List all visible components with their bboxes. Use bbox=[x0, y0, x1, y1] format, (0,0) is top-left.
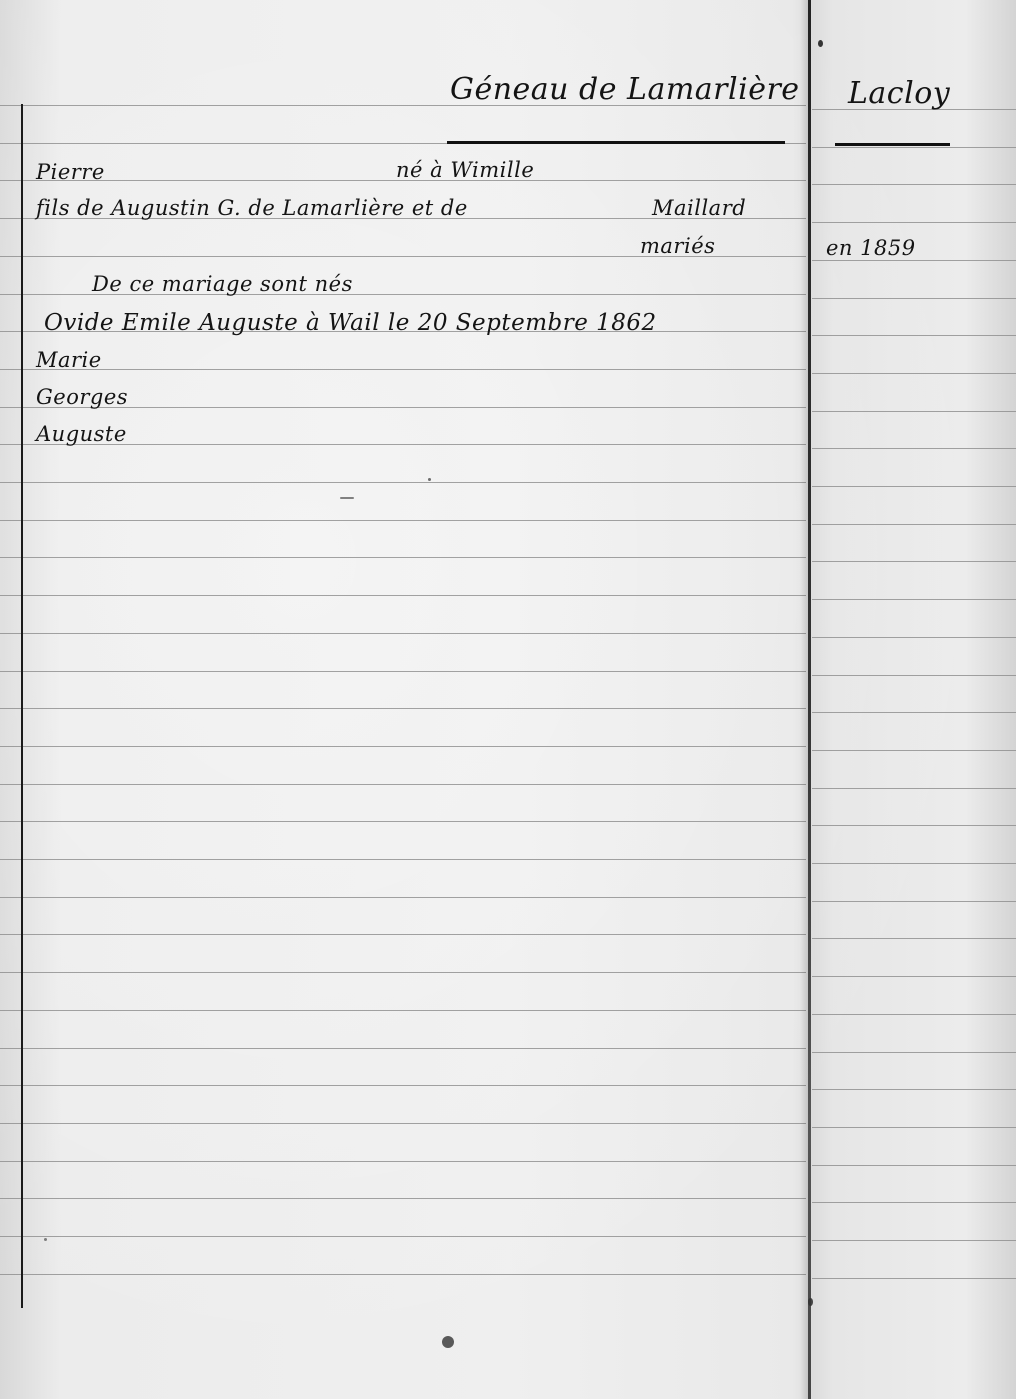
ruled-line bbox=[0, 1274, 806, 1275]
ruled-line bbox=[0, 557, 806, 558]
ruled-line bbox=[0, 1161, 806, 1162]
ruled-line bbox=[812, 335, 1016, 336]
ruled-line bbox=[812, 260, 1016, 261]
register-page: Géneau de Lamarlière Lacloy Pierre né à … bbox=[0, 0, 1016, 1399]
ruled-line bbox=[812, 448, 1016, 449]
ruled-line bbox=[812, 712, 1016, 713]
ruled-line bbox=[0, 821, 806, 822]
entry-child-4: Auguste bbox=[36, 422, 127, 446]
ruled-line bbox=[0, 708, 806, 709]
entry-child-3: Georges bbox=[36, 385, 128, 409]
entry-married: mariés bbox=[640, 234, 715, 258]
ruled-line bbox=[812, 788, 1016, 789]
left-margin-line bbox=[21, 104, 23, 1308]
column-divider bbox=[808, 0, 811, 1399]
ruled-line bbox=[812, 298, 1016, 299]
ruled-line bbox=[812, 675, 1016, 676]
ruled-line bbox=[0, 1085, 806, 1086]
ruled-line bbox=[0, 1010, 806, 1011]
page-fold-shadow bbox=[800, 0, 808, 1399]
ruled-line bbox=[0, 897, 806, 898]
main-title-underline bbox=[447, 141, 785, 144]
ruled-line bbox=[0, 1048, 806, 1049]
ruled-line bbox=[812, 637, 1016, 638]
ruled-line bbox=[812, 524, 1016, 525]
ruled-line bbox=[812, 411, 1016, 412]
ink-speck bbox=[808, 1298, 813, 1306]
entry-child-2: Marie bbox=[36, 348, 102, 372]
ruled-line bbox=[812, 1014, 1016, 1015]
entry-children-intro: De ce mariage sont nés bbox=[92, 272, 353, 296]
ruled-line bbox=[812, 976, 1016, 977]
ruled-line bbox=[0, 369, 806, 370]
ruled-line bbox=[0, 671, 806, 672]
ink-speck bbox=[428, 478, 431, 481]
ruled-line bbox=[812, 561, 1016, 562]
ruled-line bbox=[0, 482, 806, 483]
ruled-line bbox=[0, 784, 806, 785]
ruled-line bbox=[812, 938, 1016, 939]
ruled-line bbox=[812, 1240, 1016, 1241]
ruled-line bbox=[0, 859, 806, 860]
entry-child-1: Ovide Emile Auguste à Wail le 20 Septemb… bbox=[44, 310, 657, 336]
entry-birthplace: né à Wimille bbox=[396, 158, 534, 182]
ruled-line bbox=[812, 184, 1016, 185]
entry-parents: fils de Augustin G. de Lamarlière et de bbox=[36, 196, 468, 220]
ruled-line bbox=[812, 599, 1016, 600]
ruled-line bbox=[0, 595, 806, 596]
ruled-line bbox=[812, 1202, 1016, 1203]
ruled-line bbox=[0, 633, 806, 634]
entry-marriage-year: en 1859 bbox=[826, 236, 916, 260]
ruled-line bbox=[812, 147, 1016, 148]
ruled-line bbox=[0, 934, 806, 935]
ruled-line bbox=[812, 1278, 1016, 1279]
ruled-line bbox=[812, 1127, 1016, 1128]
ruled-line bbox=[812, 863, 1016, 864]
ruled-line bbox=[812, 750, 1016, 751]
entry-mother-surname: Maillard bbox=[652, 196, 746, 220]
ruled-line bbox=[0, 746, 806, 747]
ruled-line bbox=[812, 1052, 1016, 1053]
ink-speck bbox=[44, 1238, 47, 1241]
right-column-title: Lacloy bbox=[848, 76, 950, 111]
ruled-line bbox=[812, 486, 1016, 487]
ink-speck bbox=[818, 40, 823, 47]
ruled-line bbox=[812, 825, 1016, 826]
ruled-line bbox=[0, 1236, 806, 1237]
ruled-line bbox=[812, 1165, 1016, 1166]
ruled-line bbox=[812, 901, 1016, 902]
main-column-title: Géneau de Lamarlière bbox=[450, 72, 800, 107]
ruled-line bbox=[0, 1123, 806, 1124]
ruled-line bbox=[0, 1198, 806, 1199]
ruled-line bbox=[812, 1089, 1016, 1090]
ink-dash bbox=[340, 497, 354, 499]
ruled-line bbox=[0, 972, 806, 973]
entry-first-name: Pierre bbox=[36, 160, 105, 184]
ruled-line bbox=[0, 520, 806, 521]
ink-blot bbox=[442, 1336, 454, 1348]
right-title-underline bbox=[835, 143, 950, 146]
ruled-line bbox=[812, 222, 1016, 223]
ruled-line bbox=[812, 373, 1016, 374]
